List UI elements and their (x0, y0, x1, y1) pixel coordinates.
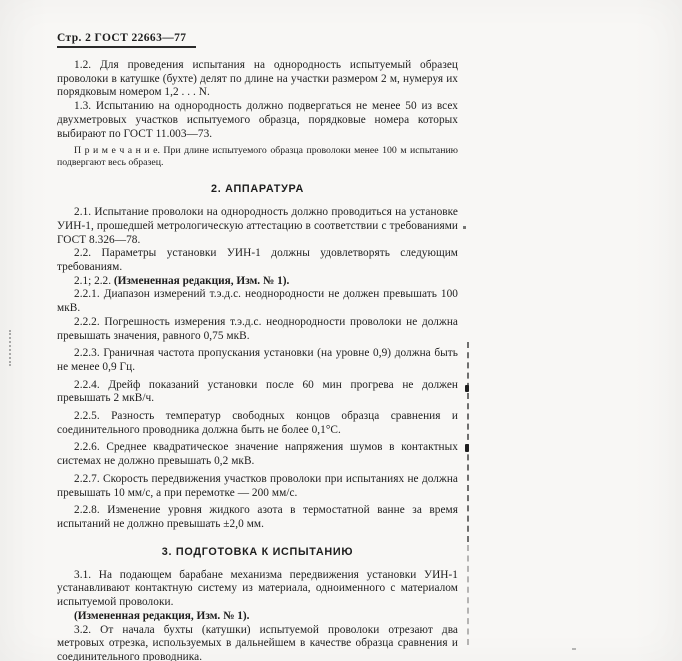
scan-margin-squiggle (9, 330, 11, 366)
paragraph-2-2: 2.2. Параметры установки УИН-1 должны уд… (57, 247, 458, 274)
paragraph-2-2-5: 2.2.5. Разность температур свободных кон… (57, 410, 458, 437)
amendment-line-3: (Измененная редакция, Изм. № 1). (57, 610, 458, 624)
paragraph-3-1: 3.1. На подающем барабане механизма пере… (57, 569, 458, 610)
section-heading-2: 2. АППАРАТУРА (57, 183, 458, 195)
amendment-prefix: 2.1; 2.2. (74, 275, 114, 287)
amendment-bold-text: (Измененная редакция, Изм. № 1). (74, 610, 249, 622)
scanned-document-page: Стр. 2 ГОСТ 22663—77 1.2. Для проведения… (0, 0, 682, 661)
paragraph-3-2: 3.2. От начала бухты (катушки) испытуемо… (57, 624, 458, 661)
paragraph-2-2-8: 2.2.8. Изменение уровня жидкого азота в … (57, 504, 458, 531)
section-heading-3: 3. ПОДГОТОВКА К ИСПЫТАНИЮ (57, 546, 458, 558)
paragraph-1-3: 1.3. Испытанию на однородность должно по… (57, 100, 458, 141)
paragraph-2-1: 2.1. Испытание проволоки на однородность… (57, 206, 458, 247)
scan-ink-blob (465, 385, 469, 392)
scan-binding-marks-light (467, 545, 469, 645)
text-column: Стр. 2 ГОСТ 22663—77 1.2. Для проведения… (57, 28, 458, 661)
amendment-bold-text: (Измененная редакция, Изм. № 1). (114, 275, 289, 287)
scan-ink-blob (465, 444, 469, 452)
note-paragraph: П р и м е ч а н и е. При длине испытуемо… (57, 145, 458, 169)
paragraph-2-2-4: 2.2.4. Дрейф показаний установки после 6… (57, 379, 458, 406)
paragraph-2-2-2: 2.2.2. Погрешность измерения т.э.д.с. не… (57, 316, 458, 343)
paragraph-2-2-7: 2.2.7. Скорость передвижения участков пр… (57, 473, 458, 500)
scan-binding-marks-dark (467, 342, 469, 542)
amendment-line-2: 2.1; 2.2. (Измененная редакция, Изм. № 1… (57, 275, 458, 289)
scan-speck (463, 226, 466, 229)
page-header: Стр. 2 ГОСТ 22663—77 (57, 32, 196, 48)
paragraph-2-2-1: 2.2.1. Диапазон измерений т.э.д.с. неодн… (57, 288, 458, 315)
paragraph-2-2-3: 2.2.3. Граничная частота пропускания уст… (57, 347, 458, 374)
paragraph-2-2-6: 2.2.6. Среднее квадратическое значение н… (57, 441, 458, 468)
paragraph-1-2: 1.2. Для проведения испытания на однород… (57, 59, 458, 100)
scan-speck (572, 648, 576, 650)
